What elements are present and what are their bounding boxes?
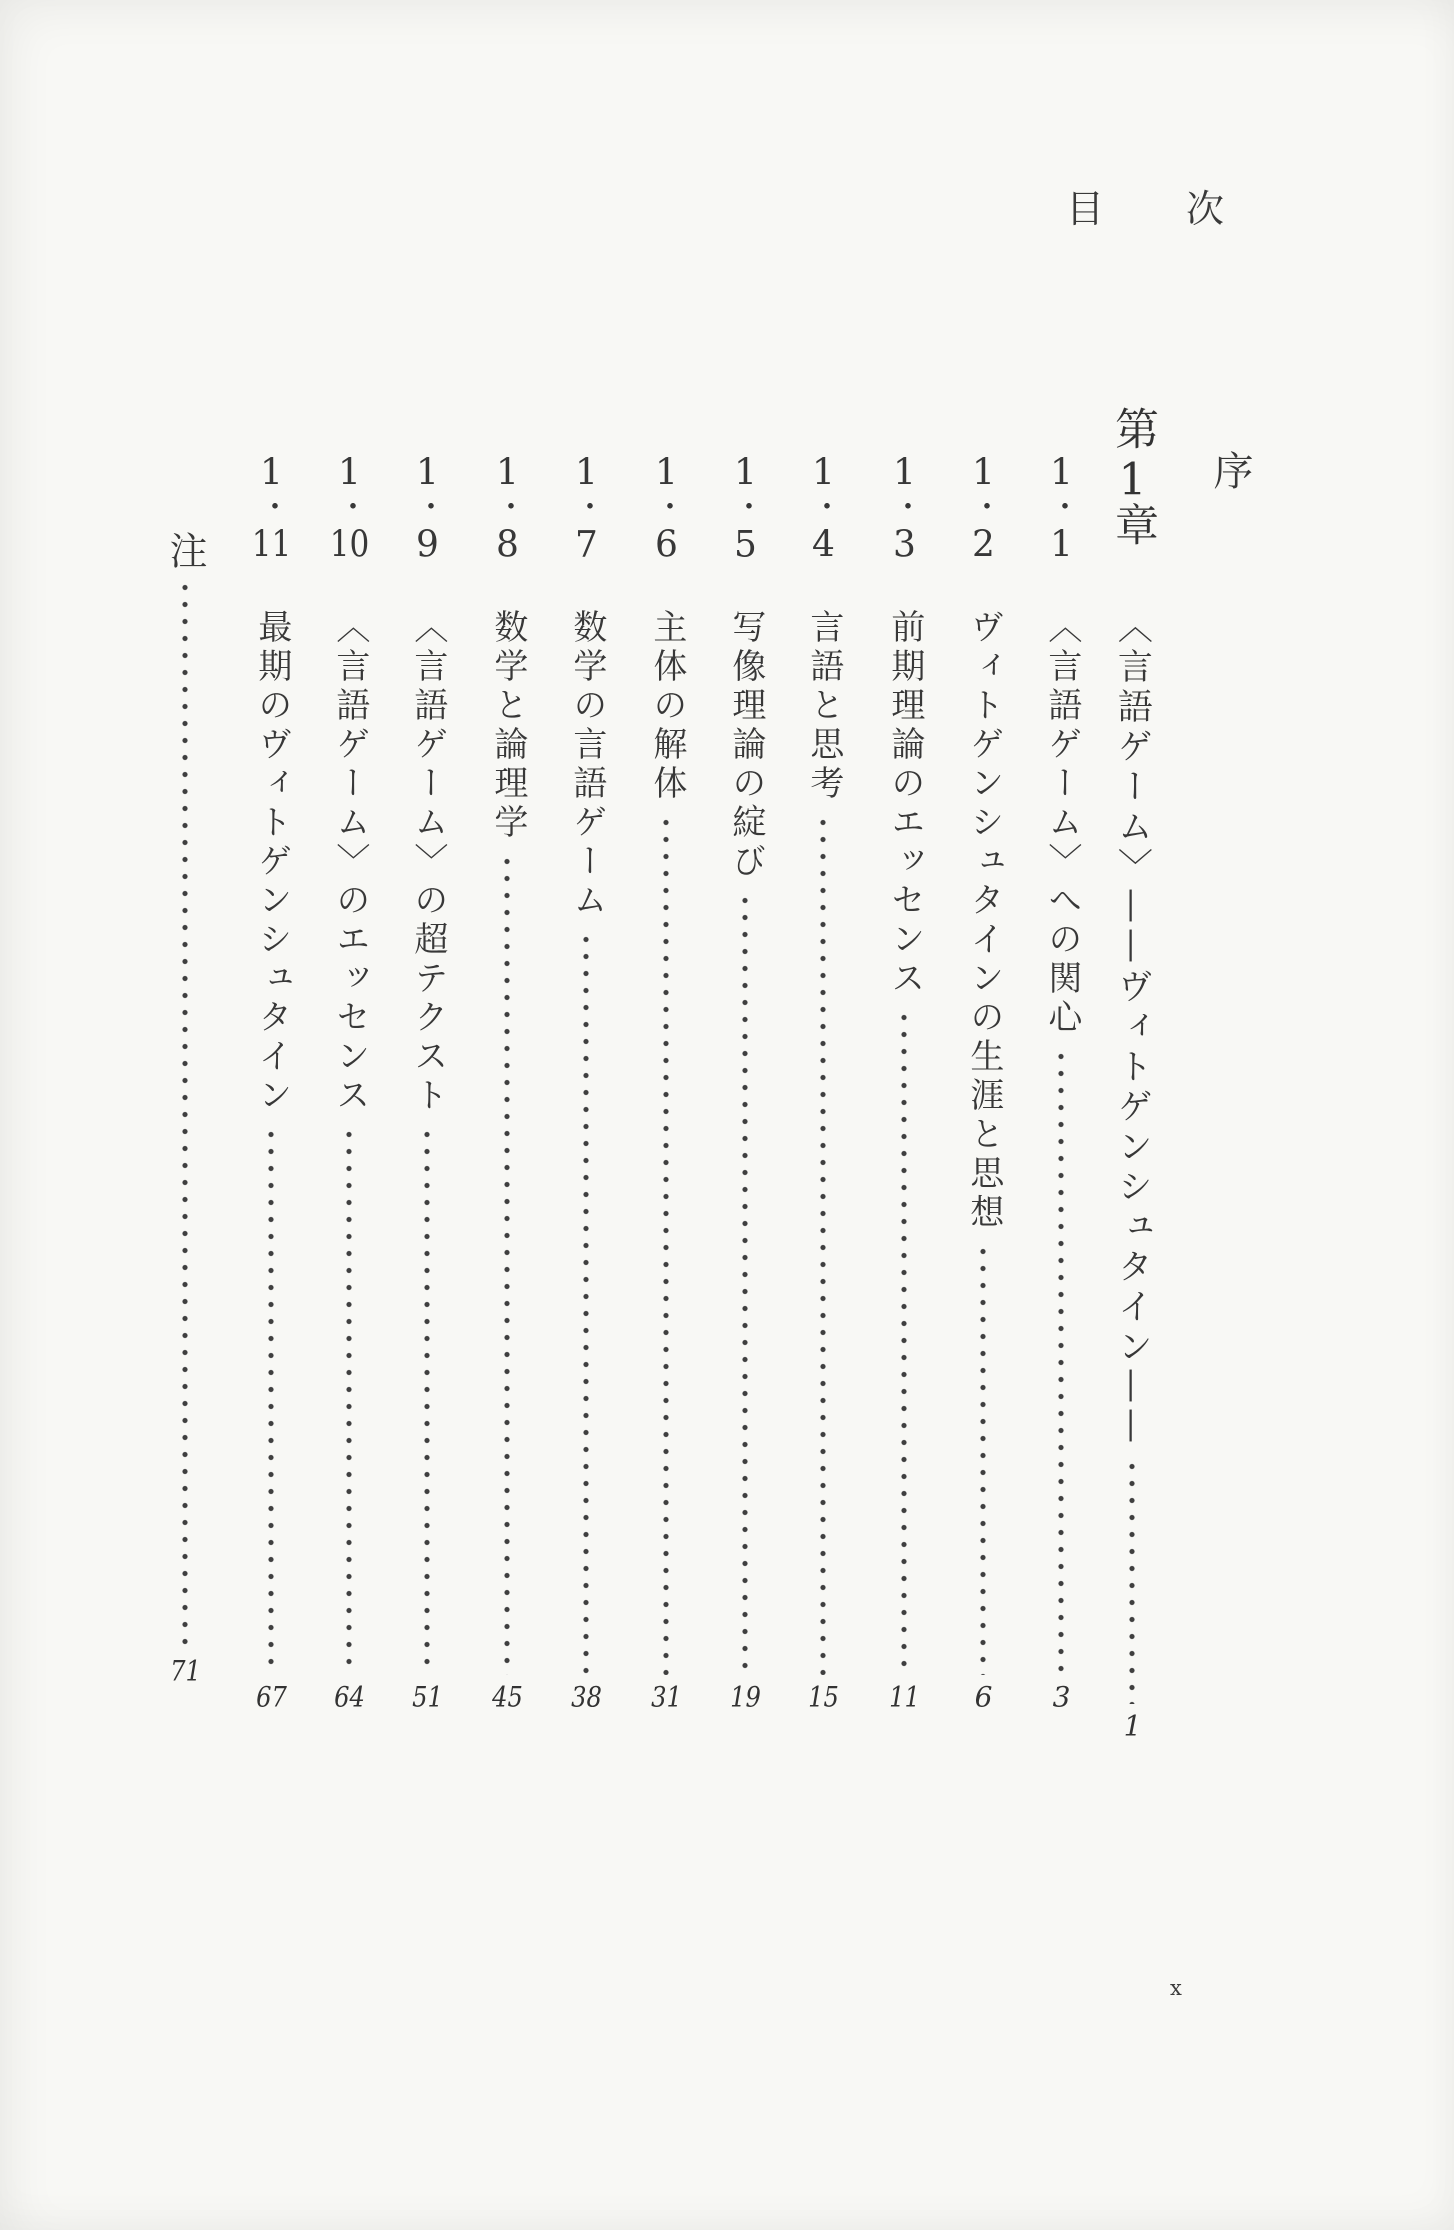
chapter-number-digit: 1 (1107, 458, 1158, 502)
section-number: 1・5 (727, 455, 763, 563)
section-number: 1・3 (886, 455, 922, 563)
section-title: 数学と論理学 (489, 609, 525, 843)
chapter-number-post: 章 (1107, 502, 1158, 554)
section-number-separator: ・ (254, 491, 289, 527)
toc-entry-1-2: 1・2 ヴィトゲンシュタインの生涯と思想 6 (961, 455, 1005, 1711)
section-title: 〈言語ゲーム〉のエッセンス (331, 609, 367, 1116)
page-number: 19 (731, 1683, 759, 1711)
notes-label: 注 (166, 531, 204, 569)
folio-page-marker: x (1170, 1976, 1182, 2000)
page-number: 1 (1118, 1712, 1146, 1740)
toc-entry-chapter-1: 第1章 〈言語ゲーム〉——ヴィトゲンシュタイン—— 1 (1106, 406, 1158, 1740)
section-number: 1・1 (1043, 455, 1079, 563)
dot-leader (564, 931, 608, 1675)
preface-label: 序 (1209, 450, 1251, 490)
section-number-separator: ・ (332, 491, 367, 527)
dot-leader (485, 853, 529, 1675)
dot-leader (1106, 1458, 1158, 1704)
dot-leader (644, 814, 688, 1675)
section-number-separator: ・ (569, 491, 604, 527)
page-number: 6 (969, 1683, 997, 1711)
section-number-separator: ・ (1044, 491, 1079, 527)
section-number-separator: ・ (490, 491, 525, 527)
toc-entry-1-1: 1・1 〈言語ゲーム〉への関心 3 (1039, 455, 1083, 1711)
toc-entry-1-10: 1・10 〈言語ゲーム〉のエッセンス 64 (327, 455, 371, 1711)
page-number: 67 (257, 1683, 285, 1711)
section-number-separator: ・ (887, 491, 922, 527)
section-number: 1・4 (805, 455, 841, 563)
section-number-separator: ・ (728, 491, 763, 527)
dot-leader (163, 579, 207, 1649)
section-title: ヴィトゲンシュタインの生涯と思想 (965, 609, 1001, 1233)
toc-entry-preface: 序 (1208, 450, 1252, 490)
section-number-separator: ・ (966, 491, 1001, 527)
toc-entry-1-4: 1・4 言語と思考 15 (801, 455, 845, 1711)
section-title: 最期のヴィトゲンシュタイン (253, 609, 289, 1116)
section-number-separator: ・ (806, 491, 841, 527)
section-number: 1・9 (409, 455, 445, 563)
section-title: 〈言語ゲーム〉への関心 (1043, 609, 1079, 1038)
dot-leader (327, 1126, 371, 1675)
section-title: 写像理論の綻び (727, 609, 763, 882)
scanned-toc-page: 目 次 序 第1章 〈言語ゲーム〉——ヴィトゲンシュタイン—— 1 1・1 〈言… (0, 0, 1454, 2230)
toc-entry-notes: 注 71 (163, 531, 207, 1685)
chapter-number: 第1章 (1110, 406, 1154, 554)
chapter-number-pre: 第 (1107, 406, 1158, 458)
dot-leader (723, 892, 767, 1675)
section-number-separator: ・ (649, 491, 684, 527)
page-title: 目 次 (1066, 190, 1226, 228)
toc-entry-1-8: 1・8 数学と論理学 45 (485, 455, 529, 1711)
section-title: 前期理論のエッセンス (886, 609, 922, 999)
dot-leader (405, 1126, 449, 1675)
section-title: 言語と思考 (805, 609, 841, 804)
dot-leader (1039, 1048, 1083, 1675)
section-number: 1・8 (489, 455, 525, 563)
toc-entry-1-11: 1・11 最期のヴィトゲンシュタイン 67 (249, 455, 293, 1711)
section-title: 数学の言語ゲーム (568, 609, 604, 921)
page-number: 15 (809, 1683, 837, 1711)
chapter-title: 〈言語ゲーム〉——ヴィトゲンシュタイン—— (1114, 608, 1151, 1448)
toc-entry-1-5: 1・5 写像理論の綻び 19 (723, 455, 767, 1711)
section-title: 〈言語ゲーム〉の超テクスト (409, 609, 445, 1116)
page-number: 3 (1047, 1683, 1075, 1711)
section-number: 1・6 (648, 455, 684, 563)
page-number: 38 (572, 1683, 600, 1711)
section-number-separator: ・ (410, 491, 445, 527)
page-number: 51 (413, 1683, 441, 1711)
toc-entry-1-7: 1・7 数学の言語ゲーム 38 (564, 455, 608, 1711)
page-number: 64 (335, 1683, 363, 1711)
toc-entry-1-9: 1・9 〈言語ゲーム〉の超テクスト 51 (405, 455, 449, 1711)
section-number: 1・7 (568, 455, 604, 563)
page-number: 45 (493, 1683, 521, 1711)
section-title: 主体の解体 (648, 609, 684, 804)
dot-leader (249, 1126, 293, 1675)
dot-leader (882, 1009, 926, 1675)
toc-entry-1-6: 1・6 主体の解体 31 (644, 455, 688, 1711)
dot-leader (801, 814, 845, 1675)
page-number: 71 (171, 1657, 199, 1685)
section-number: 1・2 (965, 455, 1001, 563)
page-number: 31 (652, 1683, 680, 1711)
page-number: 11 (890, 1683, 918, 1711)
section-number: 1・11 (253, 455, 289, 563)
dot-leader (961, 1243, 1005, 1675)
section-number: 1・10 (331, 455, 367, 563)
toc-entry-1-3: 1・3 前期理論のエッセンス 11 (882, 455, 926, 1711)
